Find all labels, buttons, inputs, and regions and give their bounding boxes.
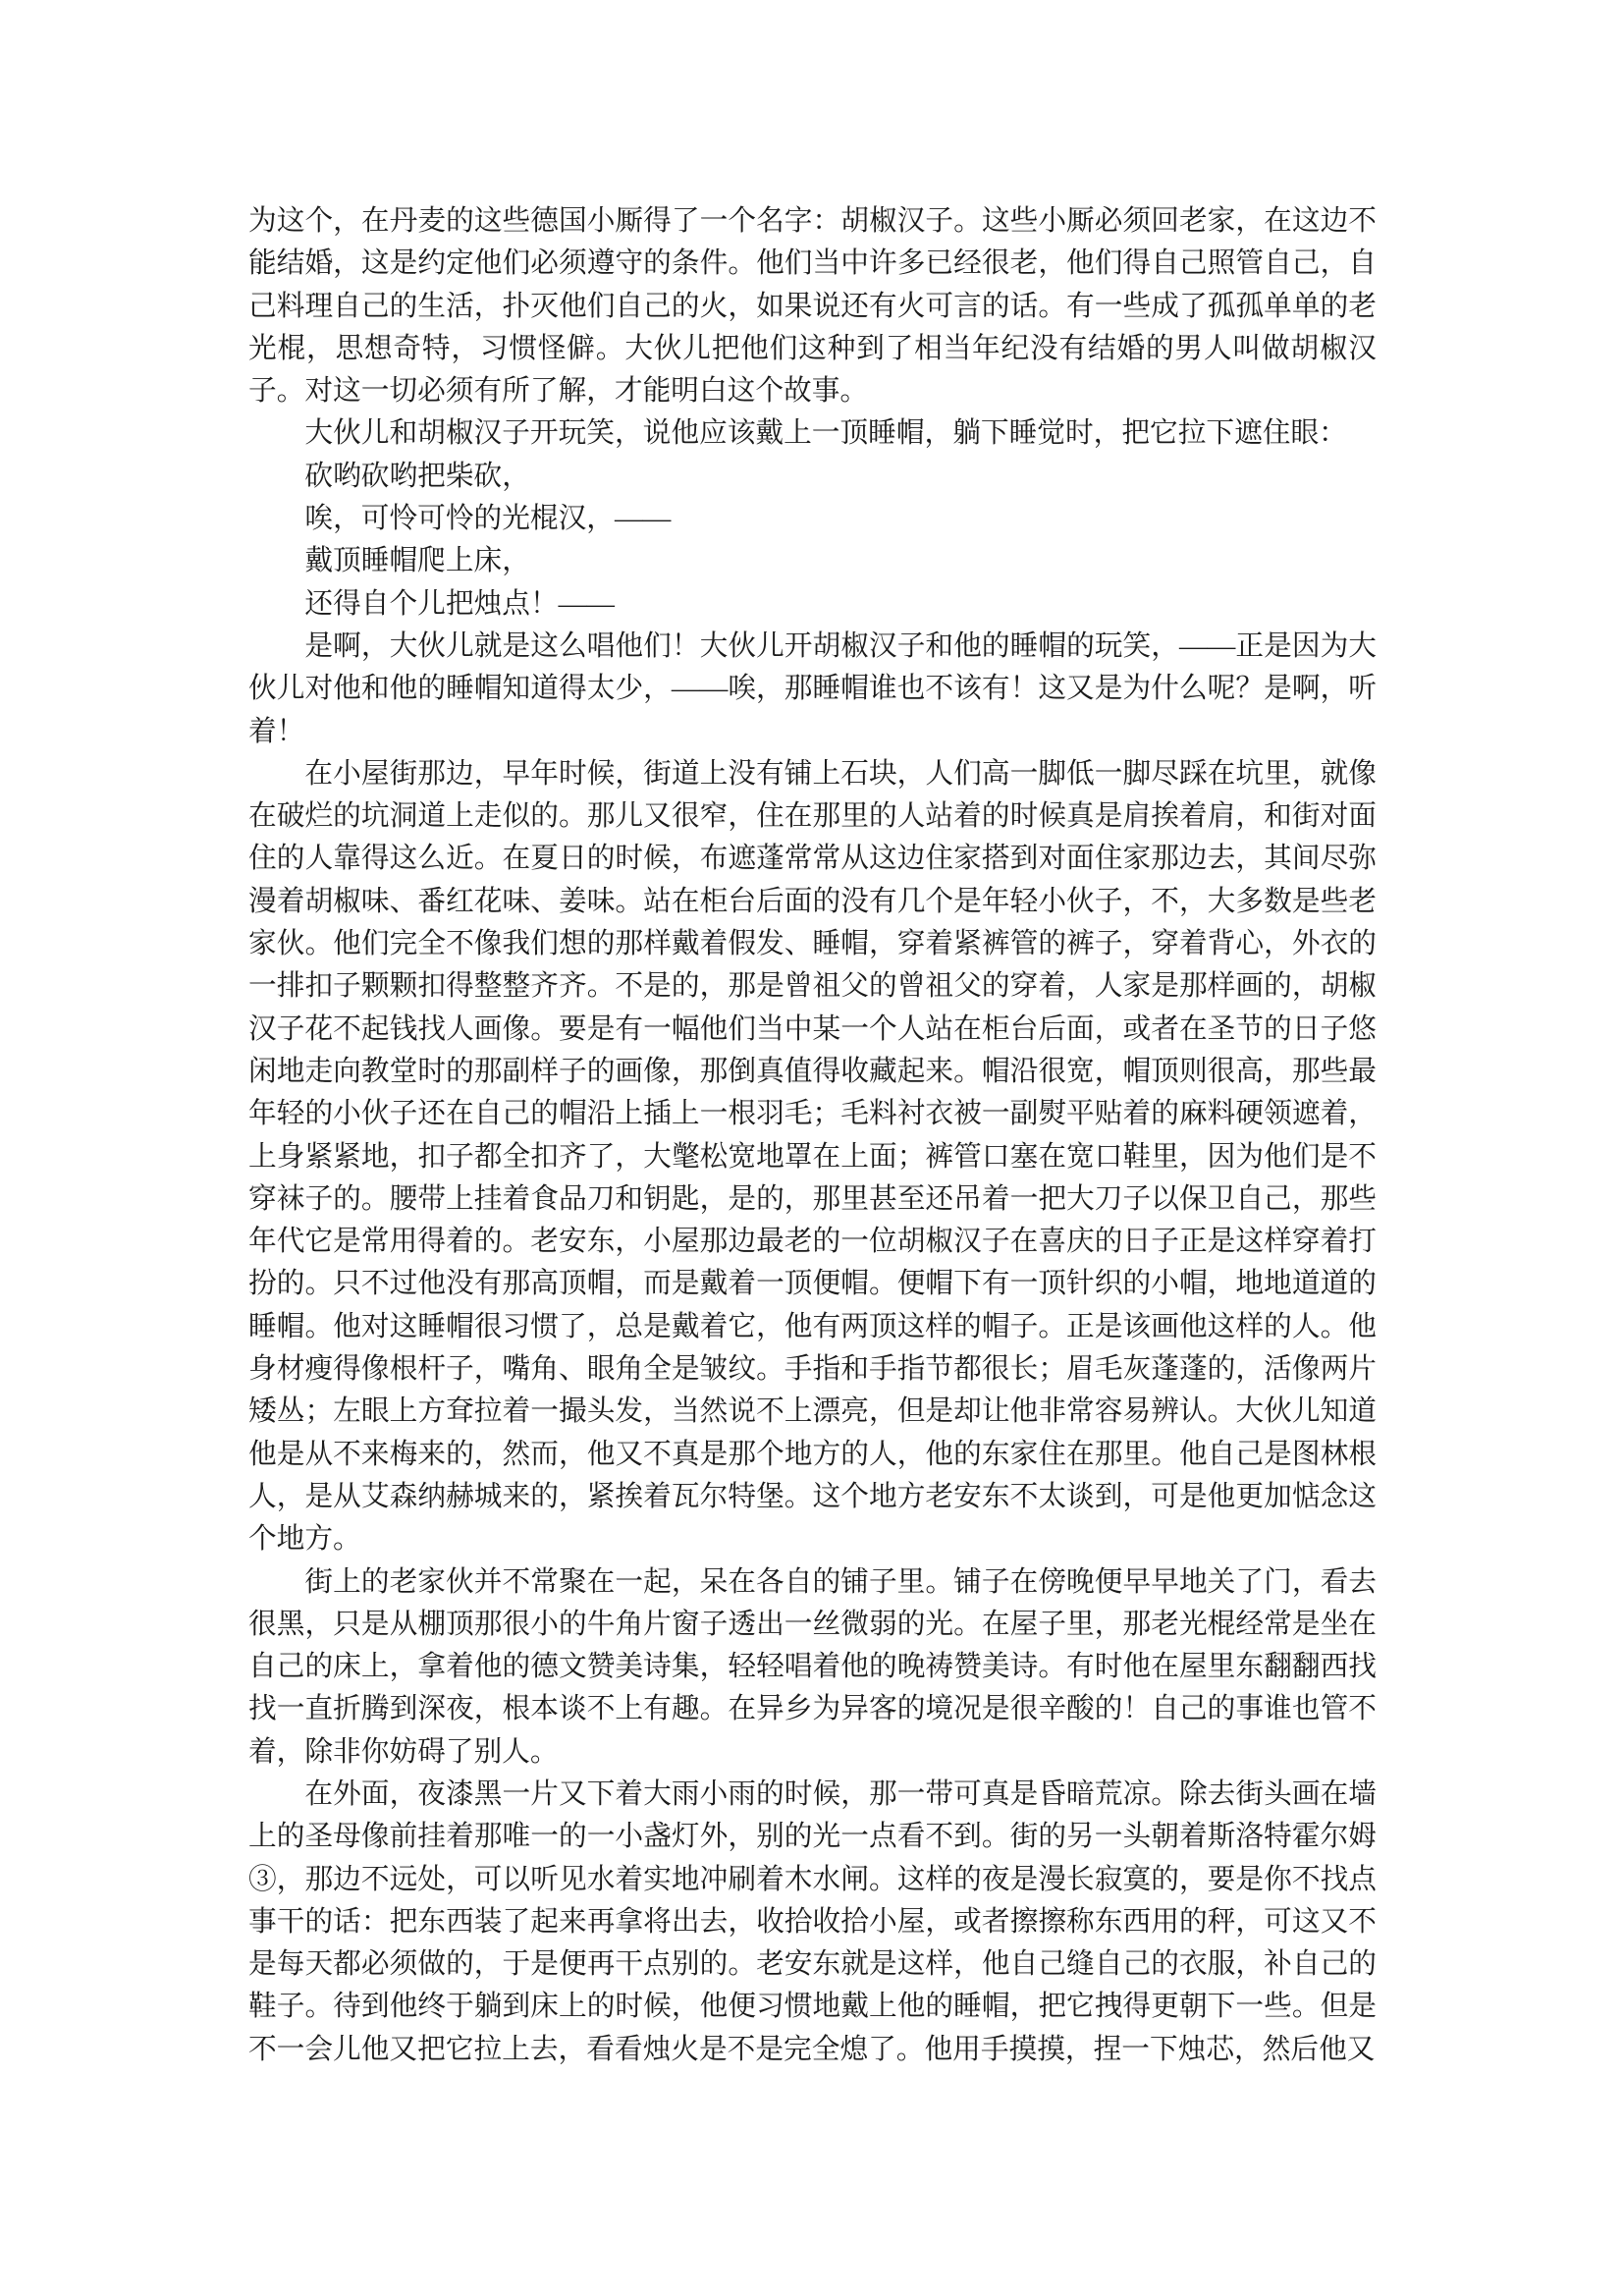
paragraph-intro: 为这个，在丹麦的这些德国小厮得了一个名字：胡椒汉子。这些小厮必须回老家，在这边不… <box>248 200 1377 412</box>
paragraph-joke: 大伙儿和胡椒汉子开玩笑，说他应该戴上一顶睡帽，躺下睡觉时，把它拉下遮住眼： <box>248 412 1377 455</box>
verse-line-1: 砍哟砍哟把柴砍， <box>248 456 1377 498</box>
paragraph-night: 在外面，夜漆黑一片又下着大雨小雨的时候，那一带可真是昏暗荒凉。除去街头画在墙上的… <box>248 1774 1377 2071</box>
paragraph-song: 是啊，大伙儿就是这么唱他们！大伙儿开胡椒汉子和他的睡帽的玩笑，——正是因为大伙儿… <box>248 626 1377 753</box>
verse-line-4: 还得自个儿把烛点！—— <box>248 583 1377 626</box>
paragraph-shops: 街上的老家伙并不常聚在一起，呆在各自的铺子里。铺子在傍晚便早早地关了门，看去很黑… <box>248 1561 1377 1774</box>
verse-line-2: 唉，可怜可怜的光棍汉，—— <box>248 498 1377 540</box>
verse-line-3: 戴顶睡帽爬上床， <box>248 540 1377 582</box>
paragraph-street: 在小屋街那边，早年时候，街道上没有铺上石块，人们高一脚低一脚尽踩在坑里，就像在破… <box>248 753 1377 1561</box>
document-page: 为这个，在丹麦的这些德国小厮得了一个名字：胡椒汉子。这些小厮必须回老家，在这边不… <box>0 0 1623 2296</box>
